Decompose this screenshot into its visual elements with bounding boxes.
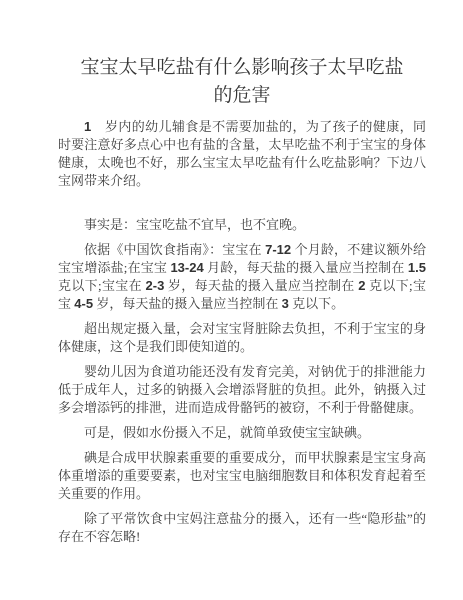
number-text: 7-12 xyxy=(265,242,291,257)
document-title: 宝宝太早吃盐有什么影响孩子太早吃盐 的危害 xyxy=(58,54,426,110)
body-text: 月龄，每天盐的摄入量应当控制在 xyxy=(204,260,408,275)
document-title-line1: 宝宝太早吃盐有什么影响孩子太早吃盐 xyxy=(58,54,426,82)
body-text: 克以下;宝宝在 xyxy=(58,278,146,293)
paragraph: 事实是：宝宝吃盐不宜早，也不宜晚。 xyxy=(58,216,426,234)
number-text: 13-24 xyxy=(170,260,203,275)
paragraph: 碘是合成甲状腺素重要的重要成分，而甲状腺素是宝宝身高体重增添的重要要素，也对宝宝… xyxy=(58,449,426,503)
number-text: 1.5 xyxy=(408,260,426,275)
body-text: 岁，每天盐的摄入量应当控制在 xyxy=(164,278,358,293)
document-page: 宝宝太早吃盐有什么影响孩子太早吃盐 的危害 1 岁内的幼儿辅食是不需要加盐的，为… xyxy=(0,0,463,600)
paragraphs: 1 岁内的幼儿辅食是不需要加盐的，为了孩子的健康，同时要注意好多点心中也有盐的含… xyxy=(58,118,426,546)
number-text: 2-3 xyxy=(146,278,165,293)
body-text: 超出规定摄入量，会对宝宝肾脏除去负担，不利于宝宝的身体健康，这个是我们即使知道的… xyxy=(58,321,426,354)
body-text: 婴幼儿因为食道功能还没有发育完美，对钠优于的排泄能力低于成年人，过多的钠摄入会增… xyxy=(58,364,426,415)
body-text: 克以下。 xyxy=(289,296,344,311)
body-text: 可是，假如水份摄入不足，就简单致使宝宝缺碘。 xyxy=(84,425,370,440)
body-text: 岁，每天盐的摄入量应当控制在 xyxy=(93,296,282,311)
paragraph: 可是，假如水份摄入不足，就简单致使宝宝缺碘。 xyxy=(58,424,426,442)
body-text: 事实是：宝宝吃盐不宜早，也不宜晚。 xyxy=(84,217,305,232)
paragraph: 除了平常饮食中宝妈注意盐分的摄入，还有一些“隐形盐”的存在不容怎略! xyxy=(58,510,426,546)
paragraph: 1 岁内的幼儿辅食是不需要加盐的，为了孩子的健康，同时要注意好多点心中也有盐的含… xyxy=(58,118,426,190)
body-text: 除了平常饮食中宝妈注意盐分的摄入，还有一些“隐形盐”的存在不容怎略! xyxy=(58,511,426,544)
body-text: 依据《中国饮食指南》：宝宝在 xyxy=(84,242,265,257)
paragraph: 婴幼儿因为食道功能还没有发育完美，对钠优于的排泄能力低于成年人，过多的钠摄入会增… xyxy=(58,363,426,417)
paragraph: 超出规定摄入量，会对宝宝肾脏除去负担，不利于宝宝的身体健康，这个是我们即使知道的… xyxy=(58,320,426,356)
body-text: 碘是合成甲状腺素重要的重要成分，而甲状腺素是宝宝身高体重增添的重要要素，也对宝宝… xyxy=(58,450,426,501)
number-text: 3 xyxy=(282,296,289,311)
body-text: 岁内的幼儿辅食是不需要加盐的，为了孩子的健康，同时要注意好多点心中也有盐的含量，… xyxy=(58,119,426,188)
number-text: 4-5 xyxy=(74,296,93,311)
paragraph: 依据《中国饮食指南》：宝宝在 7-12 个月龄，不建议额外给宝宝增添盐;在宝宝 … xyxy=(58,241,426,313)
document-title-line2: 的危害 xyxy=(58,82,426,110)
